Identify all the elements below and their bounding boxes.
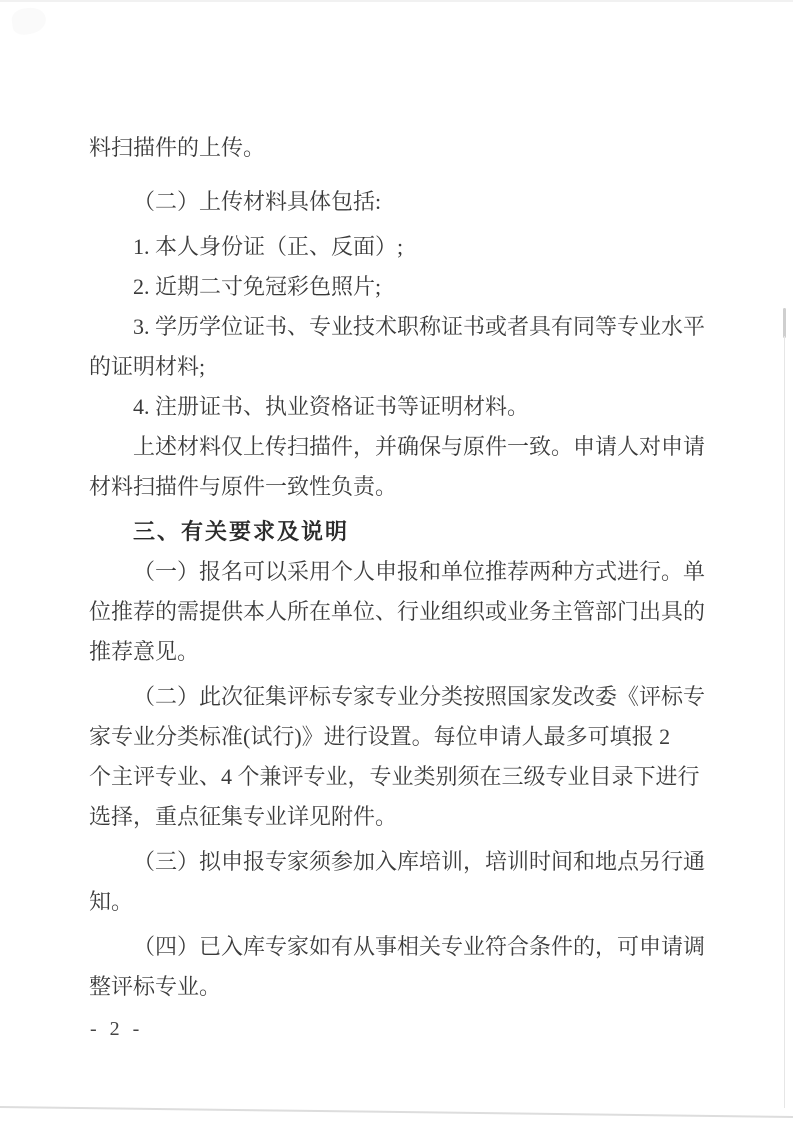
doc-line: 选择，重点征集专业详见附件。 [89, 797, 705, 837]
scan-edge-right-mark [783, 308, 786, 338]
doc-line: 1. 本人身份证（正、反面）; [89, 227, 705, 267]
scanned-document-page: 料扫描件的上传。 （二）上传材料具体包括: 1. 本人身份证（正、反面）; 2.… [0, 0, 793, 1121]
doc-line: 4. 注册证书、执业资格证书等证明材料。 [89, 387, 705, 427]
document-text-block: 料扫描件的上传。 （二）上传材料具体包括: 1. 本人身份证（正、反面）; 2.… [89, 128, 705, 1007]
doc-line: （四）已入库专家如有从事相关专业符合条件的，可申请调 [89, 927, 705, 967]
doc-line: 的证明材料; [89, 347, 705, 387]
doc-line: 个主评专业、4 个兼评专业，专业类别须在三级专业目录下进行 [89, 757, 705, 797]
doc-line: 2. 近期二寸免冠彩色照片; [89, 267, 705, 307]
doc-line: （三）拟申报专家须参加入库培训，培训时间和地点另行通 [89, 842, 705, 882]
doc-line: （二）上传材料具体包括: [89, 182, 705, 222]
scan-edge-bottom [0, 1106, 793, 1118]
doc-line: 家专业分类标准(试行)》进行设置。每位申请人最多可填报 2 [89, 717, 705, 757]
doc-line: 材料扫描件与原件一致性负责。 [89, 467, 705, 507]
doc-line: （二）此次征集评标专家专业分类按照国家发改委《评标专 [89, 677, 705, 717]
scan-artifact-blob [10, 6, 47, 36]
doc-line: 上述材料仅上传扫描件，并确保与原件一致。申请人对申请 [89, 427, 705, 467]
doc-line: 整评标专业。 [89, 967, 705, 1007]
doc-line: 知。 [89, 882, 705, 922]
doc-line: 推荐意见。 [89, 632, 705, 672]
doc-line: 3. 学历学位证书、专业技术职称证书或者具有同等专业水平 [89, 307, 705, 347]
doc-line: 料扫描件的上传。 [89, 128, 705, 168]
scan-edge-right [784, 336, 785, 1108]
doc-line: （一）报名可以采用个人申报和单位推荐两种方式进行。单 [89, 552, 705, 592]
section-heading: 三、有关要求及说明 [89, 512, 705, 552]
page-number: - 2 - [90, 1018, 143, 1041]
scan-edge-top [0, 0, 793, 2]
doc-line: 位推荐的需提供本人所在单位、行业组织或业务主管部门出具的 [89, 592, 705, 632]
